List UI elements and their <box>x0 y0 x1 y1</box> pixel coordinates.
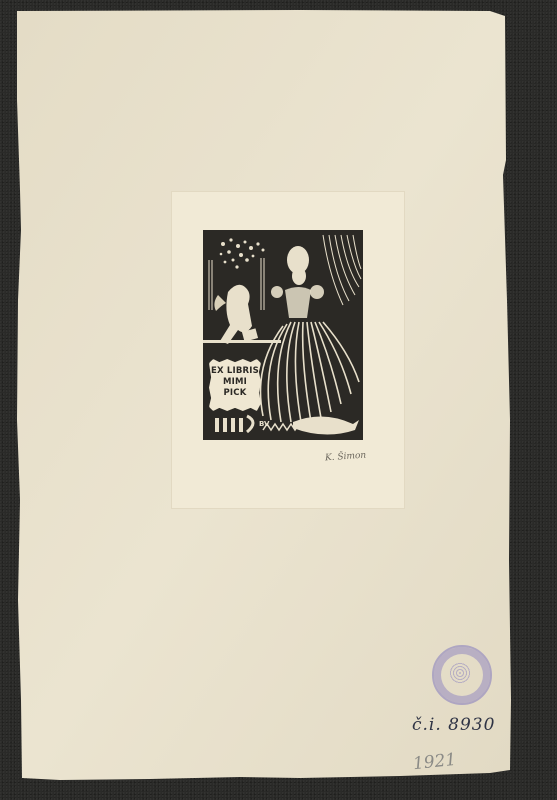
stamp-emblem-icon <box>449 662 471 684</box>
bookplate-text: EX LIBRIS MIMI PICK <box>209 366 261 399</box>
monogram: BV <box>259 420 270 428</box>
bookplate-line-1: EX LIBRIS <box>209 366 261 377</box>
lady-face <box>292 267 306 285</box>
bookplate-line-2: MIMI <box>209 377 261 388</box>
curtain <box>323 235 361 305</box>
tree-foliage <box>220 238 265 268</box>
fish <box>293 416 359 434</box>
inventory-number: č.i. 8930 <box>412 715 495 735</box>
bookplate-line-3: PICK <box>209 388 261 399</box>
lady-skirt <box>261 322 360 422</box>
